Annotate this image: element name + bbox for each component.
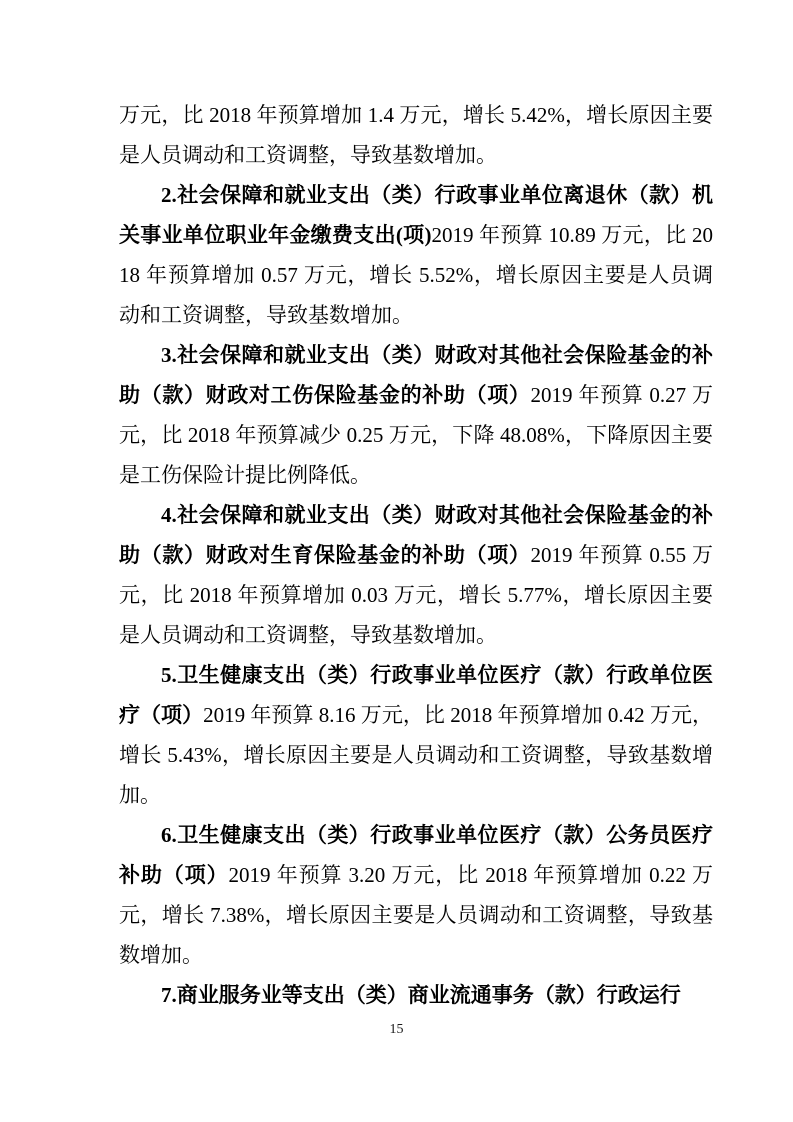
paragraph-continuation: 万元，比 2018 年预算增加 1.4 万元，增长 5.42%，增长原因主要是人… [119,95,713,175]
budget-item-7-heading: 7.商业服务业等支出（类）商业流通事务（款）行政运行 [161,983,681,1007]
budget-item-5-text: 2019 年预算 8.16 万元，比 2018 年预算增加 0.42 万元，增长… [119,703,713,807]
budget-item-3: 3.社会保障和就业支出（类）财政对其他社会保险基金的补助（款）财政对工伤保险基金… [119,335,713,495]
budget-item-4: 4.社会保障和就业支出（类）财政对其他社会保险基金的补助（款）财政对生育保险基金… [119,495,713,655]
document-body: 万元，比 2018 年预算增加 1.4 万元，增长 5.42%，增长原因主要是人… [119,95,713,1015]
page-number: 15 [0,1022,793,1038]
budget-item-5: 5.卫生健康支出（类）行政事业单位医疗（款）行政单位医疗（项）2019 年预算 … [119,655,713,815]
document-page: 万元，比 2018 年预算增加 1.4 万元，增长 5.42%，增长原因主要是人… [0,0,793,1122]
paragraph-continuation-text: 万元，比 2018 年预算增加 1.4 万元，增长 5.42%，增长原因主要是人… [119,103,713,167]
budget-item-7: 7.商业服务业等支出（类）商业流通事务（款）行政运行 [119,975,713,1015]
budget-item-6: 6.卫生健康支出（类）行政事业单位医疗（款）公务员医疗补助（项）2019 年预算… [119,815,713,975]
budget-item-2: 2.社会保障和就业支出（类）行政事业单位离退休（款）机关事业单位职业年金缴费支出… [119,175,713,335]
